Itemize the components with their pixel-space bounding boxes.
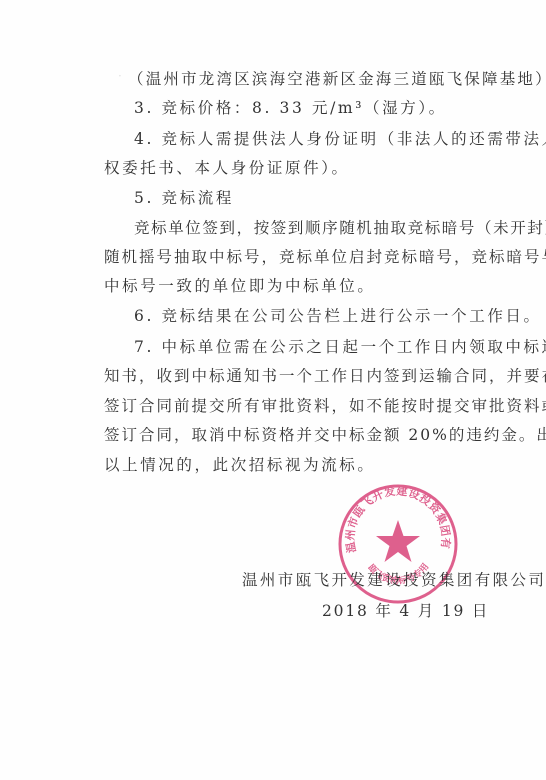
item-7-line-2: 知书，收到中标通知书一个工作日内签到运输合同，并要在 [104, 366, 546, 386]
item-5-line-2: 随机摇号抽取中标号，竞标单位启封竞标暗号，竞标暗号与 [104, 247, 546, 267]
address-line: （温州市龙湾区滨海空港新区金海三道瓯飞保障基地） [128, 69, 546, 89]
item-4-line-2: 权委托书、本人身份证原件）。 [104, 158, 350, 178]
item-7-line-3: 签订合同前提交所有审批资料，如不能按时提交审批资料或 [104, 396, 546, 416]
item-5-title: 5. 竞标流程 [134, 188, 234, 208]
item-6: 6. 竞标结果在公司公告栏上进行公示一个工作日。 [134, 306, 542, 326]
item-4-line-1: 4. 竞标人需提供法人身份证明（非法人的还需带法人授 [134, 129, 546, 149]
item-5-line-3: 中标号一致的单位即为中标单位。 [104, 276, 376, 296]
item-7-line-5: 以上情况的，此次招标视为流标。 [104, 455, 376, 475]
item-7-line-4: 签订合同，取消中标资格并交中标金额 20%的违约金。出现 [104, 425, 546, 445]
document-page: · （温州市龙湾区滨海空港新区金海三道瓯飞保障基地） 3. 竞标价格：8. 33… [0, 0, 546, 780]
item-5-line-1: 竞标单位签到，按签到顺序随机抽取竞标暗号（未开封）， [134, 218, 546, 238]
item-7-line-1: 7. 中标单位需在公示之日起一个工作日内领取中标通 [134, 337, 546, 357]
item-3-price: 3. 竞标价格：8. 33 元/m³（湿方）。 [134, 98, 447, 118]
signature-company: 温州市瓯飞开发建设投资集团有限公司 [242, 570, 546, 590]
signature-date: 2018 年 4 月 19 日 [322, 601, 489, 621]
